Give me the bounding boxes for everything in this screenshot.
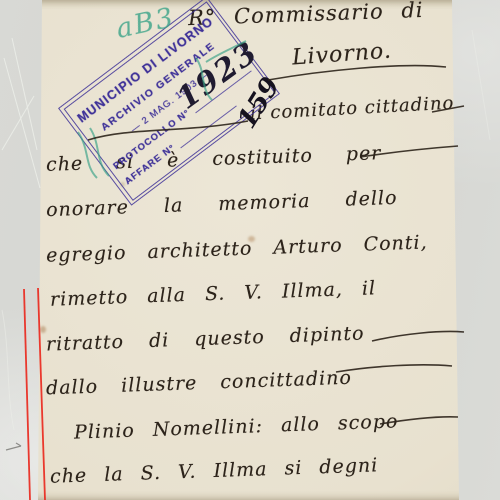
photographed-letter-scene: R° Commissario di Livorno. il comitato c…: [0, 0, 500, 500]
margin-arrow-mark: [6, 443, 21, 450]
